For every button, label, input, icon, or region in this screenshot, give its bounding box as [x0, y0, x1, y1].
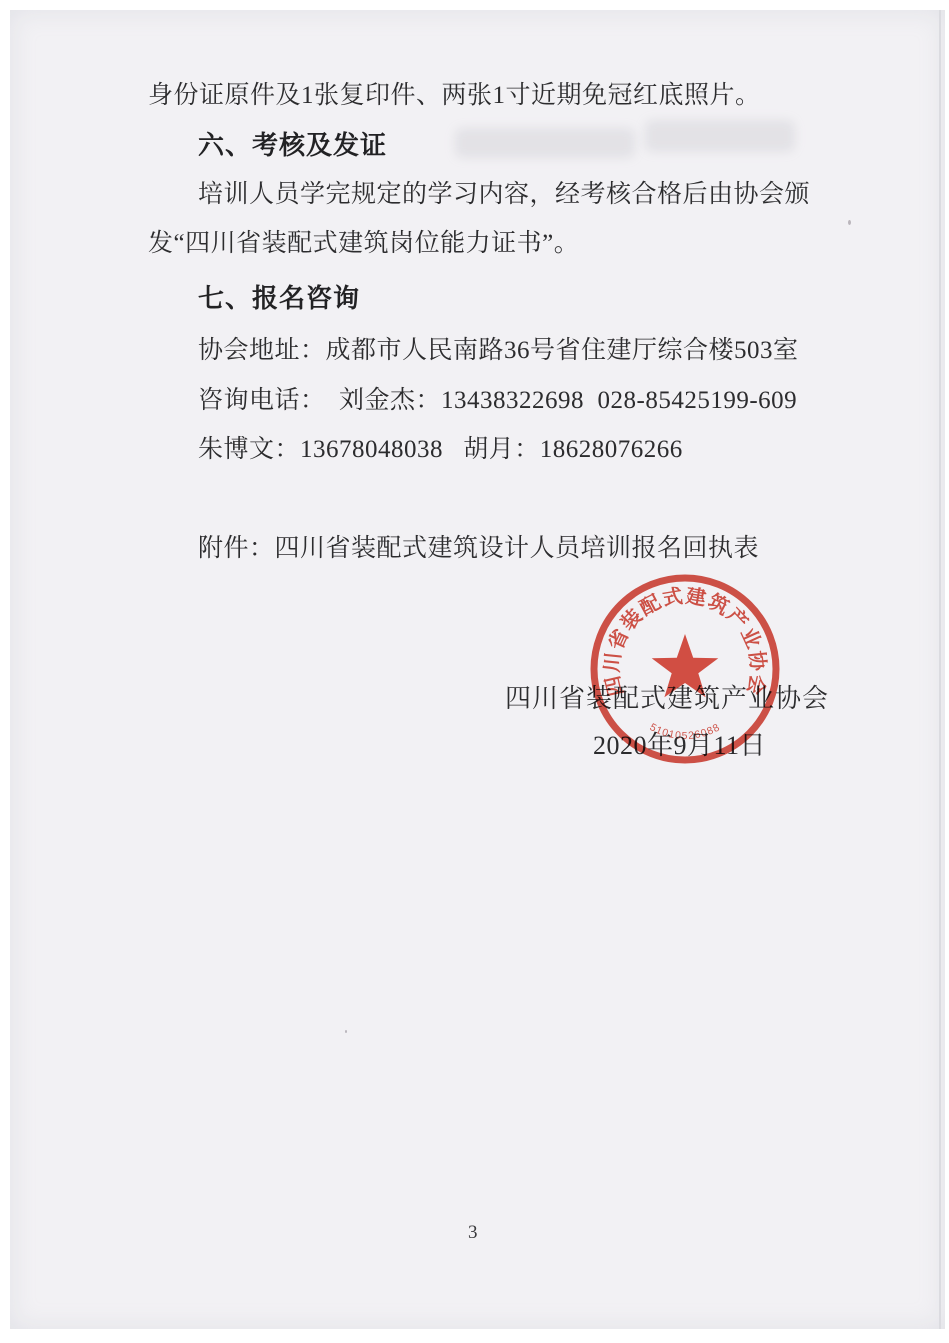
seal-registration-code: 51010526088 [648, 721, 723, 742]
page-number: 3 [468, 1222, 478, 1244]
bleed-through-smudge [455, 128, 635, 158]
bleed-through-smudge [645, 120, 795, 152]
body-line-assessment-1: 培训人员学完规定的学习内容，经考核合格后由协会颁 [198, 180, 810, 209]
section-heading-7: 七、报名咨询 [198, 284, 360, 313]
scan-edge-shadow [939, 10, 941, 1329]
body-line-attachment: 附件：四川省装配式建筑设计人员培训报名回执表 [198, 534, 759, 563]
body-line-id-photo: 身份证原件及1张复印件、两张1寸近期免冠红底照片。 [148, 81, 761, 110]
scan-speck [848, 220, 851, 225]
body-line-assessment-2: 发“四川省装配式建筑岗位能力证书”。 [148, 229, 579, 258]
body-line-phone-2: 朱博文：13678048038 胡月：18628076266 [198, 435, 683, 464]
svg-text:51010526088: 51010526088 [648, 721, 723, 742]
section-heading-6: 六、考核及发证 [198, 131, 387, 160]
scanned-document: 身份证原件及1张复印件、两张1寸近期免冠红底照片。 六、考核及发证 培训人员学完… [0, 0, 949, 1343]
scan-speck [345, 1030, 347, 1033]
body-line-address: 协会地址：成都市人民南路36号省住建厅综合楼503室 [198, 336, 799, 365]
official-seal: 四川省装配式建筑产业协会 51010526088 [589, 573, 781, 765]
body-line-phone-1: 咨询电话： 刘金杰：13438322698 028-85425199-609 [198, 386, 797, 415]
seal-star-icon [652, 634, 719, 697]
